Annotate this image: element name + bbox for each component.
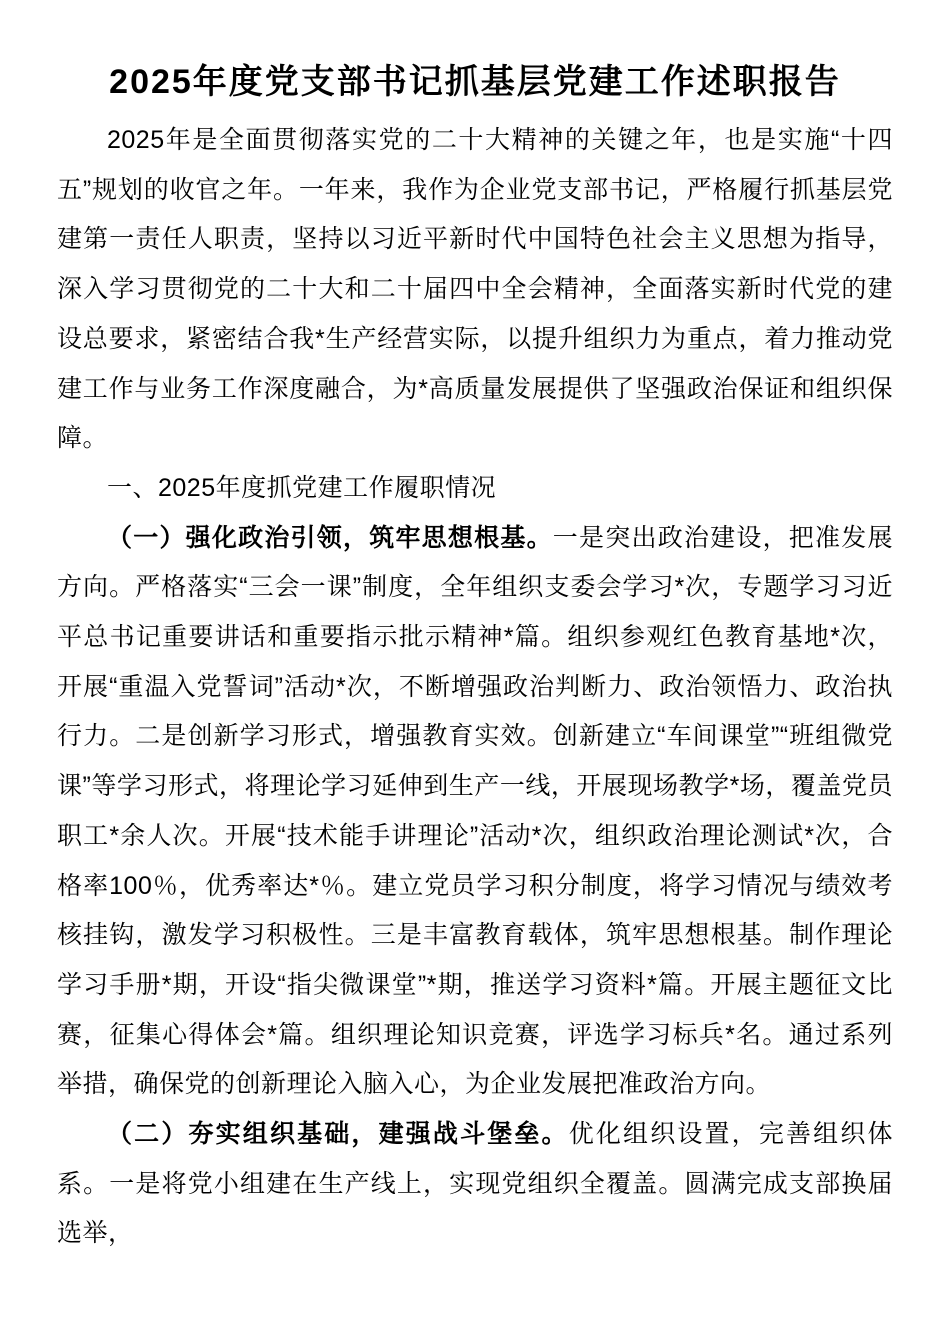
document-page: 2025年度党支部书记抓基层党建工作述职报告 2025年是全面贯彻落实党的二十大… <box>0 0 950 1344</box>
subsection-2-heading: （二）夯实组织基础，建强战斗堡垒。 <box>107 1120 569 1148</box>
subsection-1-heading: （一）强化政治引领，筑牢思想根基。 <box>107 524 553 552</box>
document-body: 2025年是全面贯彻落实党的二十大精神的关键之年，也是实施“十四五”规划的收官之… <box>57 116 893 1259</box>
section-heading: 一、2025年度抓党建工作履职情况 <box>57 464 893 514</box>
subsection-paragraph-2: （二）夯实组织基础，建强战斗堡垒。优化组织设置，完善组织体系。一是将党小组建在生… <box>57 1110 893 1259</box>
paragraph-text: 一是突出政治建设，把准发展方向。严格落实“三会一课”制度，全年组织支委会学习*次… <box>57 524 893 1099</box>
intro-paragraph: 2025年是全面贯彻落实党的二十大精神的关键之年，也是实施“十四五”规划的收官之… <box>57 116 893 464</box>
subsection-paragraph-1: （一）强化政治引领，筑牢思想根基。一是突出政治建设，把准发展方向。严格落实“三会… <box>57 514 893 1110</box>
section-heading-text: 一、2025年度抓党建工作履职情况 <box>107 474 496 502</box>
document-title: 2025年度党支部书记抓基层党建工作述职报告 <box>57 56 893 108</box>
paragraph-text: 2025年是全面贯彻落实党的二十大精神的关键之年，也是实施“十四五”规划的收官之… <box>57 126 893 452</box>
